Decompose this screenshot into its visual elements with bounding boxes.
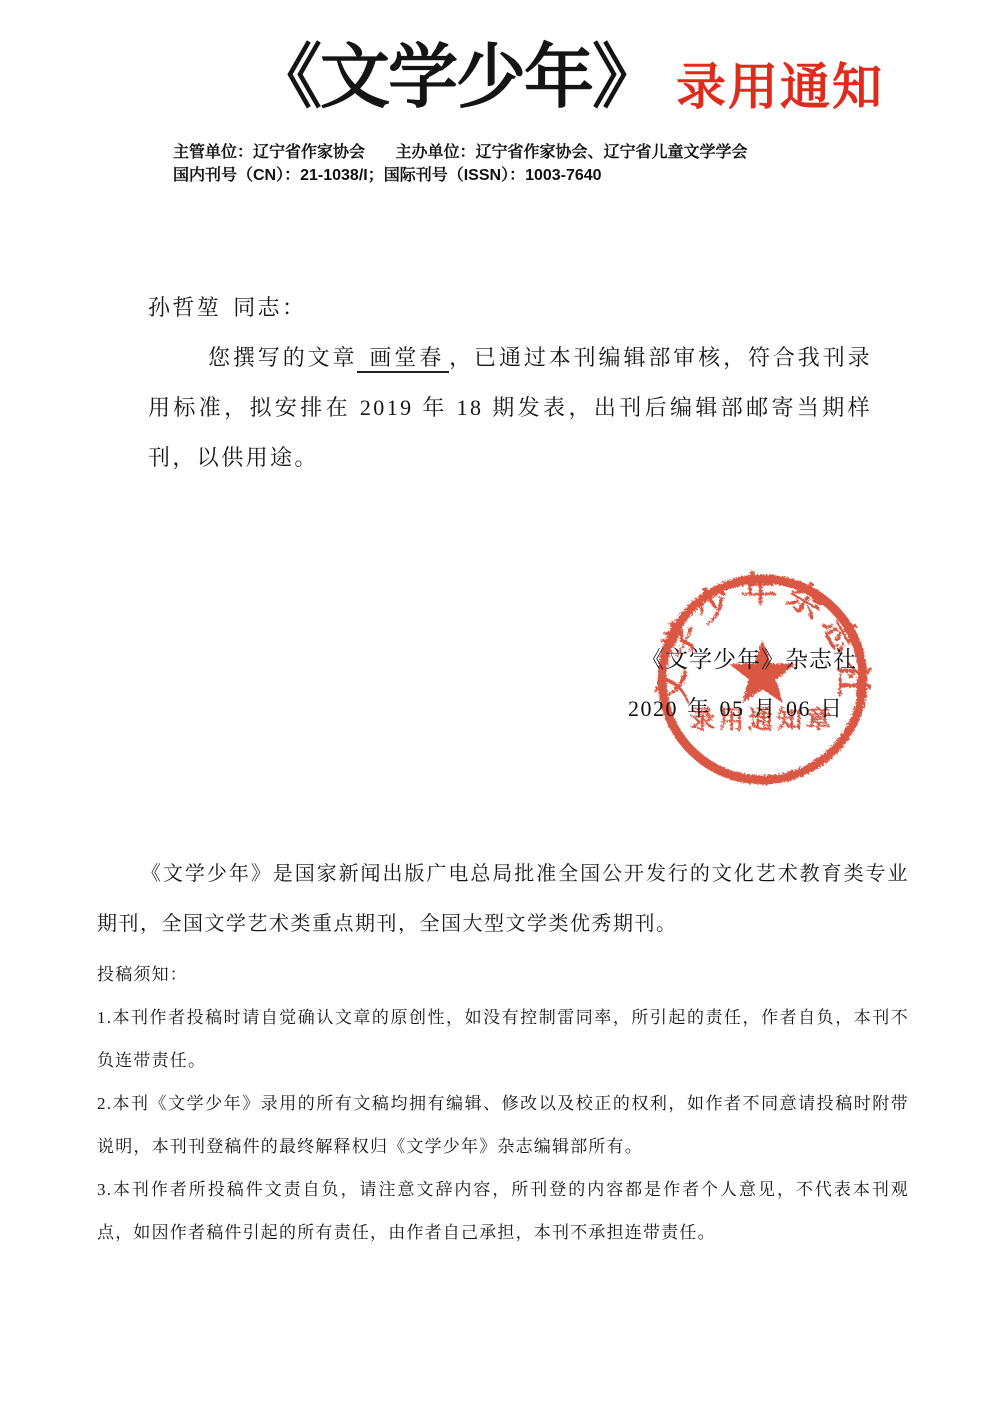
note-item-1: 1.本刊作者投稿时请自觉确认文章的原创性，如没有控制雷同率，所引起的责任，作者自… — [97, 996, 909, 1082]
issn-cn-text: 国内刊号（CN）：21-1038/I；国际刊号（ISSN）：1003-7640 — [173, 167, 602, 184]
letter-body: 孙哲堃同志： 您撰写的文章画堂春，已通过本刊编辑部审核，符合我刊录用标准，拟安排… — [148, 283, 872, 483]
organizer-unit: 主办单位：辽宁省作家协会、辽宁省儿童文学学会 — [395, 144, 747, 161]
publication-info: 主管单位：辽宁省作家协会 主办单位：辽宁省作家协会、辽宁省儿童文学学会 国内刊号… — [173, 141, 747, 187]
signature-date: 2020 年 05 月 06 日 — [628, 692, 844, 723]
official-seal-stamp: 文学少年杂志社 录用通知章 — [648, 565, 880, 797]
publication-units-line: 主管单位：辽宁省作家协会 主办单位：辽宁省作家协会、辽宁省儿童文学学会 — [173, 141, 747, 164]
acceptance-letter-page: 《文学少年》 录用通知 主管单位：辽宁省作家协会 主办单位：辽宁省作家协会、辽宁… — [0, 0, 1000, 1414]
recipient-name: 孙哲堃 — [148, 295, 221, 320]
salutation: 孙哲堃同志： — [148, 283, 872, 333]
letter-paragraph: 您撰写的文章画堂春，已通过本刊编辑部审核，符合我刊录用标准，拟安排在 2019 … — [148, 333, 872, 483]
article-title-underlined: 画堂春 — [357, 345, 449, 373]
masthead: 《文学少年》 录用通知 — [252, 30, 884, 125]
journal-intro-paragraph: 《文学少年》是国家新闻出版广电总局批准全国公开发行的文化艺术教育类专业期刊，全国… — [97, 849, 909, 949]
notice-type-label: 录用通知 — [676, 60, 884, 125]
issn-cn-line: 国内刊号（CN）：21-1038/I；国际刊号（ISSN）：1003-7640 — [173, 164, 747, 187]
journal-title: 《文学少年》 — [252, 30, 660, 125]
supervisor-unit: 主管单位：辽宁省作家协会 — [173, 144, 365, 161]
salutation-suffix: 同志： — [233, 295, 306, 320]
letter-text-before-title: 您撰写的文章 — [208, 345, 357, 370]
journal-intro-section: 《文学少年》是国家新闻出版广电总局批准全国公开发行的文化艺术教育类专业期刊，全国… — [97, 849, 909, 1254]
submission-notes: 投稿须知： 1.本刊作者投稿时请自觉确认文章的原创性，如没有控制雷同率，所引起的… — [97, 953, 909, 1254]
notes-title: 投稿须知： — [97, 953, 909, 996]
note-item-3: 3.本刊作者所投稿件文责自负，请注意文辞内容，所刊登的内容都是作者个人意见，不代… — [97, 1168, 909, 1254]
note-item-2: 2.本刊《文学少年》录用的所有文稿均拥有编辑、修改以及校正的权利，如作者不同意请… — [97, 1082, 909, 1168]
signature-organization: 《文学少年》杂志社 — [641, 641, 857, 674]
